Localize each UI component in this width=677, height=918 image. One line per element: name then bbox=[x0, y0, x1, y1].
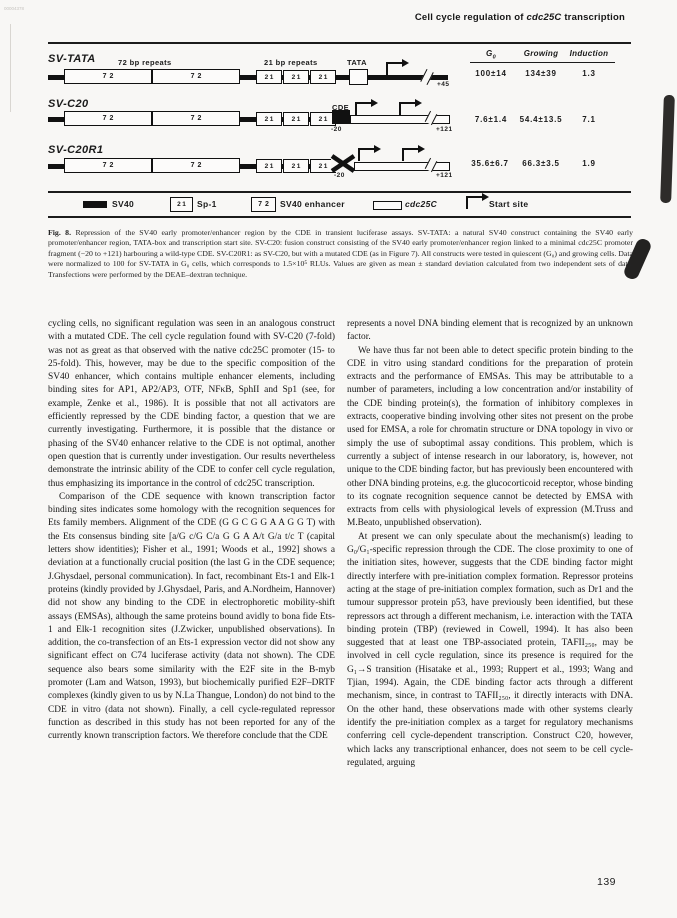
enhancer-72-box: 72 bbox=[152, 111, 240, 126]
body-column-right: represents a novel DNA binding element t… bbox=[347, 318, 633, 770]
running-head-prefix: Cell cycle regulation of bbox=[415, 12, 527, 23]
sp1-21-box: 21 bbox=[283, 159, 309, 173]
start-site-arrow-icon bbox=[355, 102, 379, 116]
annotation-tata: TATA bbox=[347, 58, 367, 67]
sp1-21-box: 21 bbox=[256, 112, 282, 126]
value-svc20-induction: 7.1 bbox=[558, 115, 620, 124]
running-head-suffix: transcription bbox=[561, 12, 625, 23]
legend-top-rule bbox=[48, 191, 631, 193]
journal-page: 00004378 Cell cycle regulation of cdc25C… bbox=[0, 0, 677, 918]
enhancer-72-box: 72 bbox=[64, 111, 152, 126]
legend-label-sv40: SV40 bbox=[112, 199, 134, 209]
paragraph: We have thus far not been able to detect… bbox=[347, 345, 633, 531]
start-site-arrow-icon bbox=[386, 62, 410, 76]
body-column-left: cycling cells, no significant regulation… bbox=[48, 318, 335, 744]
legend-label-sp1: Sp-1 bbox=[197, 199, 217, 209]
sp1-21-box: 21 bbox=[256, 70, 282, 84]
coord-minus20: -20 bbox=[331, 126, 342, 133]
enhancer-72-box: 72 bbox=[64, 69, 152, 84]
legend-72-box: 72 bbox=[251, 197, 276, 212]
legend-label-cdc25c: cdc25C bbox=[405, 199, 437, 209]
scan-edge-artifact bbox=[660, 95, 675, 203]
enhancer-72-box: 72 bbox=[64, 158, 152, 173]
column-header-induction: Induction bbox=[558, 49, 620, 58]
scan-line-artifact bbox=[10, 24, 11, 112]
sp1-21-box: 21 bbox=[283, 70, 309, 84]
sp1-21-box: 21 bbox=[256, 159, 282, 173]
start-site-arrow-icon bbox=[358, 148, 382, 162]
sp1-21-box: 21 bbox=[283, 112, 309, 126]
enhancer-72-box: 72 bbox=[152, 69, 240, 84]
sp1-21-box: 21 bbox=[310, 70, 336, 84]
start-site-arrow-icon bbox=[402, 148, 426, 162]
mutated-cde-x-icon bbox=[330, 154, 356, 173]
coord-plus121: +121 bbox=[436, 126, 453, 133]
legend-sv40-swatch bbox=[83, 201, 107, 208]
legend-bottom-rule bbox=[48, 216, 631, 218]
figure-top-rule bbox=[48, 42, 631, 44]
paragraph: represents a novel DNA binding element t… bbox=[347, 318, 633, 345]
paragraph: At present we can only speculate about t… bbox=[347, 531, 633, 770]
annotation-72bp-repeats: 72 bp repeats bbox=[118, 58, 172, 67]
legend-label-enhancer: SV40 enhancer bbox=[280, 199, 345, 209]
start-site-arrow-icon bbox=[399, 102, 423, 116]
value-svc20r1-induction: 1.9 bbox=[558, 159, 620, 168]
cde-filled-box bbox=[332, 110, 350, 124]
paragraph: cycling cells, no significant regulation… bbox=[48, 318, 335, 491]
legend-cdc25c-swatch bbox=[373, 201, 402, 210]
tata-box bbox=[349, 69, 368, 85]
value-svtata-induction: 1.3 bbox=[558, 69, 620, 78]
construct-label-sv-c20: SV-C20 bbox=[48, 98, 89, 110]
scan-id-stamp: 00004378 bbox=[4, 6, 24, 11]
figure-caption-tag: Fig. 8. bbox=[48, 228, 71, 237]
construct-label-sv-tata: SV-TATA bbox=[48, 53, 96, 65]
figure-caption-text: Repression of the SV40 early promoter/en… bbox=[48, 228, 633, 279]
running-head-gene: cdc25C bbox=[526, 12, 561, 23]
running-head: Cell cycle regulation of cdc25C transcri… bbox=[415, 12, 625, 23]
coord-plus121: +121 bbox=[436, 172, 453, 179]
annotation-21bp-repeats: 21 bp repeats bbox=[264, 58, 318, 67]
page-number: 139 bbox=[597, 876, 616, 888]
construct-label-sv-c20r1: SV-C20R1 bbox=[48, 144, 103, 156]
start-site-arrow-icon bbox=[466, 196, 490, 210]
coord-minus20: -20 bbox=[334, 172, 345, 179]
paragraph: Comparison of the CDE sequence with know… bbox=[48, 491, 335, 744]
table-header-rule bbox=[470, 62, 615, 63]
coord-plus45: +45 bbox=[437, 81, 450, 88]
figure-caption: Fig. 8. Repression of the SV40 early pro… bbox=[48, 228, 633, 280]
enhancer-72-box: 72 bbox=[152, 158, 240, 173]
legend-label-start-site: Start site bbox=[489, 199, 528, 209]
legend-21-box: 21 bbox=[170, 197, 193, 212]
